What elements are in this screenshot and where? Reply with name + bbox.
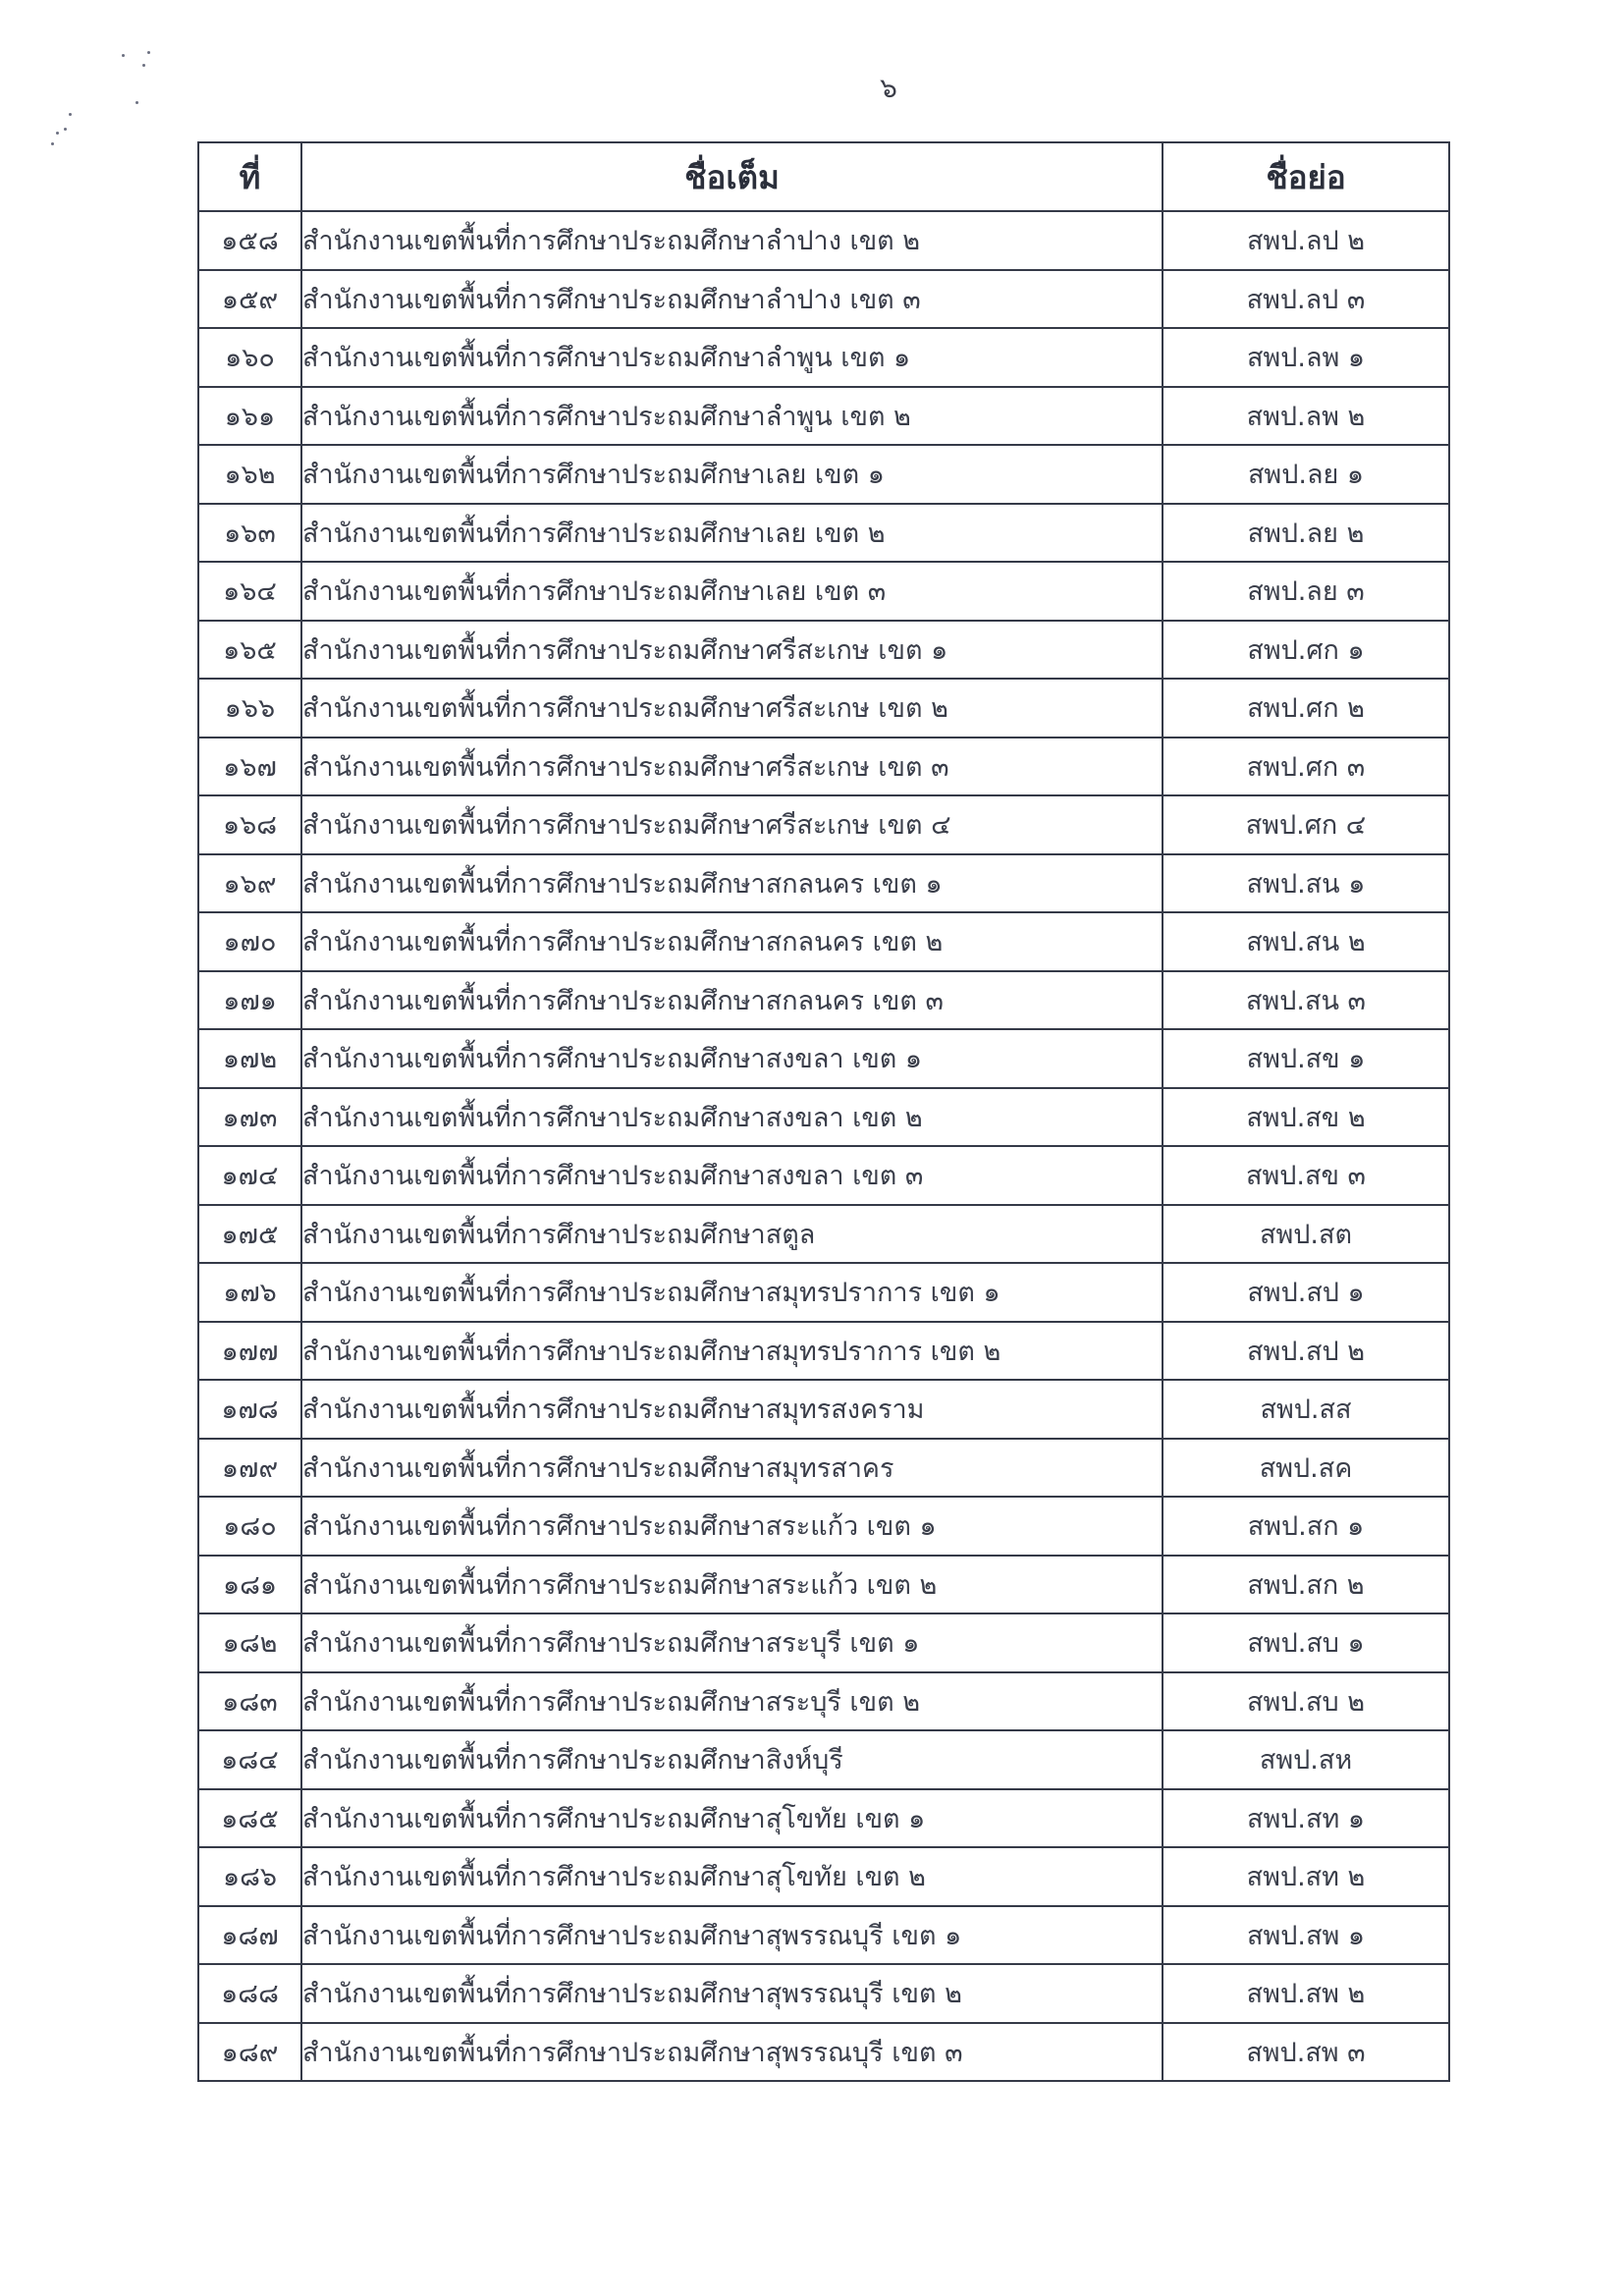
row-full-name: สำนักงานเขตพื้นที่การศึกษาประถมศึกษาสระบ… bbox=[301, 1672, 1163, 1731]
table-row: ๑๖๐สำนักงานเขตพื้นที่การศึกษาประถมศึกษาล… bbox=[198, 328, 1449, 387]
table-row: ๑๗๘สำนักงานเขตพื้นที่การศึกษาประถมศึกษาส… bbox=[198, 1380, 1449, 1439]
row-number: ๑๖๒ bbox=[198, 445, 301, 504]
row-number: ๑๖๔ bbox=[198, 562, 301, 621]
table-row: ๑๖๕สำนักงานเขตพื้นที่การศึกษาประถมศึกษาศ… bbox=[198, 621, 1449, 680]
table-row: ๑๖๙สำนักงานเขตพื้นที่การศึกษาประถมศึกษาส… bbox=[198, 854, 1449, 913]
row-full-name: สำนักงานเขตพื้นที่การศึกษาประถมศึกษาสมุท… bbox=[301, 1439, 1163, 1498]
row-number: ๑๘๘ bbox=[198, 1964, 301, 2023]
row-full-name: สำนักงานเขตพื้นที่การศึกษาประถมศึกษาสกลน… bbox=[301, 912, 1163, 971]
scan-speck bbox=[51, 142, 54, 145]
row-number: ๑๘๔ bbox=[198, 1730, 301, 1789]
row-abbreviation: สพป.ศก ๔ bbox=[1163, 795, 1449, 854]
row-abbreviation: สพป.สพ ๑ bbox=[1163, 1906, 1449, 1965]
row-abbreviation: สพป.สพ ๓ bbox=[1163, 2023, 1449, 2082]
table-row: ๑๗๗สำนักงานเขตพื้นที่การศึกษาประถมศึกษาส… bbox=[198, 1322, 1449, 1381]
table-row: ๑๗๕สำนักงานเขตพื้นที่การศึกษาประถมศึกษาส… bbox=[198, 1205, 1449, 1264]
table-row: ๑๗๐สำนักงานเขตพื้นที่การศึกษาประถมศึกษาส… bbox=[198, 912, 1449, 971]
row-full-name: สำนักงานเขตพื้นที่การศึกษาประถมศึกษาสระแ… bbox=[301, 1556, 1163, 1614]
table-row: ๑๖๖สำนักงานเขตพื้นที่การศึกษาประถมศึกษาศ… bbox=[198, 679, 1449, 738]
row-full-name: สำนักงานเขตพื้นที่การศึกษาประถมศึกษาลำพู… bbox=[301, 387, 1163, 446]
scan-speck bbox=[147, 51, 150, 54]
scan-speck bbox=[122, 54, 125, 57]
table-row: ๑๘๘สำนักงานเขตพื้นที่การศึกษาประถมศึกษาส… bbox=[198, 1964, 1449, 2023]
table-row: ๑๖๑สำนักงานเขตพื้นที่การศึกษาประถมศึกษาล… bbox=[198, 387, 1449, 446]
row-number: ๑๘๐ bbox=[198, 1497, 301, 1556]
table-row: ๑๖๓สำนักงานเขตพื้นที่การศึกษาประถมศึกษาเ… bbox=[198, 504, 1449, 563]
table-row: ๑๘๔สำนักงานเขตพื้นที่การศึกษาประถมศึกษาส… bbox=[198, 1730, 1449, 1789]
row-full-name: สำนักงานเขตพื้นที่การศึกษาประถมศึกษาสุโข… bbox=[301, 1847, 1163, 1906]
table-row: ๑๗๙สำนักงานเขตพื้นที่การศึกษาประถมศึกษาส… bbox=[198, 1439, 1449, 1498]
row-abbreviation: สพป.ศก ๓ bbox=[1163, 738, 1449, 796]
row-full-name: สำนักงานเขตพื้นที่การศึกษาประถมศึกษาศรีส… bbox=[301, 621, 1163, 680]
table-row: ๑๖๗สำนักงานเขตพื้นที่การศึกษาประถมศึกษาศ… bbox=[198, 738, 1449, 796]
row-number: ๑๖๘ bbox=[198, 795, 301, 854]
row-abbreviation: สพป.สน ๓ bbox=[1163, 971, 1449, 1030]
row-full-name: สำนักงานเขตพื้นที่การศึกษาประถมศึกษาเลย … bbox=[301, 562, 1163, 621]
row-abbreviation: สพป.ศก ๑ bbox=[1163, 621, 1449, 680]
row-number: ๑๖๕ bbox=[198, 621, 301, 680]
table-row: ๑๘๐สำนักงานเขตพื้นที่การศึกษาประถมศึกษาส… bbox=[198, 1497, 1449, 1556]
header-full-name: ชื่อเต็ม bbox=[301, 142, 1163, 211]
row-full-name: สำนักงานเขตพื้นที่การศึกษาประถมศึกษาสกลน… bbox=[301, 971, 1163, 1030]
table-row: ๑๘๓สำนักงานเขตพื้นที่การศึกษาประถมศึกษาส… bbox=[198, 1672, 1449, 1731]
table-row: ๑๗๓สำนักงานเขตพื้นที่การศึกษาประถมศึกษาส… bbox=[198, 1088, 1449, 1147]
table-row: ๑๖๔สำนักงานเขตพื้นที่การศึกษาประถมศึกษาเ… bbox=[198, 562, 1449, 621]
row-abbreviation: สพป.สน ๑ bbox=[1163, 854, 1449, 913]
row-number: ๑๗๑ bbox=[198, 971, 301, 1030]
row-number: ๑๖๗ bbox=[198, 738, 301, 796]
row-full-name: สำนักงานเขตพื้นที่การศึกษาประถมศึกษาศรีส… bbox=[301, 679, 1163, 738]
page-number: ๖ bbox=[864, 67, 913, 110]
row-full-name: สำนักงานเขตพื้นที่การศึกษาประถมศึกษาสุพร… bbox=[301, 1964, 1163, 2023]
row-abbreviation: สพป.สบ ๒ bbox=[1163, 1672, 1449, 1731]
table-row: ๑๘๗สำนักงานเขตพื้นที่การศึกษาประถมศึกษาส… bbox=[198, 1906, 1449, 1965]
table-row: ๑๘๕สำนักงานเขตพื้นที่การศึกษาประถมศึกษาส… bbox=[198, 1789, 1449, 1848]
row-full-name: สำนักงานเขตพื้นที่การศึกษาประถมศึกษาสระบ… bbox=[301, 1613, 1163, 1672]
scan-speck bbox=[135, 101, 138, 104]
row-number: ๑๗๖ bbox=[198, 1263, 301, 1322]
row-abbreviation: สพป.สค bbox=[1163, 1439, 1449, 1498]
row-number: ๑๗๕ bbox=[198, 1205, 301, 1264]
row-number: ๑๕๘ bbox=[198, 211, 301, 270]
table-row: ๑๖๒สำนักงานเขตพื้นที่การศึกษาประถมศึกษาเ… bbox=[198, 445, 1449, 504]
row-number: ๑๗๔ bbox=[198, 1146, 301, 1205]
row-abbreviation: สพป.สข ๓ bbox=[1163, 1146, 1449, 1205]
row-number: ๑๘๙ bbox=[198, 2023, 301, 2082]
row-number: ๑๖๐ bbox=[198, 328, 301, 387]
table-row: ๑๗๒สำนักงานเขตพื้นที่การศึกษาประถมศึกษาส… bbox=[198, 1029, 1449, 1088]
row-abbreviation: สพป.สป ๒ bbox=[1163, 1322, 1449, 1381]
row-abbreviation: สพป.สท ๑ bbox=[1163, 1789, 1449, 1848]
row-full-name: สำนักงานเขตพื้นที่การศึกษาประถมศึกษาสิงห… bbox=[301, 1730, 1163, 1789]
scan-speck bbox=[64, 128, 67, 131]
row-number: ๑๘๓ bbox=[198, 1672, 301, 1731]
row-abbreviation: สพป.ลพ ๒ bbox=[1163, 387, 1449, 446]
row-number: ๑๖๙ bbox=[198, 854, 301, 913]
row-abbreviation: สพป.สต bbox=[1163, 1205, 1449, 1264]
row-abbreviation: สพป.สป ๑ bbox=[1163, 1263, 1449, 1322]
row-number: ๑๗๗ bbox=[198, 1322, 301, 1381]
row-number: ๑๗๘ bbox=[198, 1380, 301, 1439]
row-full-name: สำนักงานเขตพื้นที่การศึกษาประถมศึกษาศรีส… bbox=[301, 738, 1163, 796]
table-row: ๑๗๔สำนักงานเขตพื้นที่การศึกษาประถมศึกษาส… bbox=[198, 1146, 1449, 1205]
row-full-name: สำนักงานเขตพื้นที่การศึกษาประถมศึกษาสมุท… bbox=[301, 1322, 1163, 1381]
row-full-name: สำนักงานเขตพื้นที่การศึกษาประถมศึกษาสระแ… bbox=[301, 1497, 1163, 1556]
row-abbreviation: สพป.ลย ๒ bbox=[1163, 504, 1449, 563]
row-full-name: สำนักงานเขตพื้นที่การศึกษาประถมศึกษาลำปา… bbox=[301, 270, 1163, 329]
row-number: ๑๘๗ bbox=[198, 1906, 301, 1965]
row-abbreviation: สพป.ลป ๓ bbox=[1163, 270, 1449, 329]
row-number: ๑๗๙ bbox=[198, 1439, 301, 1498]
row-number: ๑๗๐ bbox=[198, 912, 301, 971]
row-full-name: สำนักงานเขตพื้นที่การศึกษาประถมศึกษาเลย … bbox=[301, 504, 1163, 563]
table-row: ๑๘๙สำนักงานเขตพื้นที่การศึกษาประถมศึกษาส… bbox=[198, 2023, 1449, 2082]
row-number: ๑๕๙ bbox=[198, 270, 301, 329]
table-row: ๑๗๖สำนักงานเขตพื้นที่การศึกษาประถมศึกษาส… bbox=[198, 1263, 1449, 1322]
row-number: ๑๘๑ bbox=[198, 1556, 301, 1614]
row-full-name: สำนักงานเขตพื้นที่การศึกษาประถมศึกษาสุพร… bbox=[301, 1906, 1163, 1965]
scan-speck bbox=[142, 64, 145, 67]
agency-table: ที่ ชื่อเต็ม ชื่อย่อ ๑๕๘สำนักงานเขตพื้นท… bbox=[197, 141, 1450, 2082]
table-row: ๑๕๙สำนักงานเขตพื้นที่การศึกษาประถมศึกษาล… bbox=[198, 270, 1449, 329]
header-abbreviation: ชื่อย่อ bbox=[1163, 142, 1449, 211]
row-number: ๑๖๖ bbox=[198, 679, 301, 738]
row-full-name: สำนักงานเขตพื้นที่การศึกษาประถมศึกษาสงขล… bbox=[301, 1029, 1163, 1088]
row-full-name: สำนักงานเขตพื้นที่การศึกษาประถมศึกษาลำปา… bbox=[301, 211, 1163, 270]
row-full-name: สำนักงานเขตพื้นที่การศึกษาประถมศึกษาสมุท… bbox=[301, 1380, 1163, 1439]
row-full-name: สำนักงานเขตพื้นที่การศึกษาประถมศึกษาศรีส… bbox=[301, 795, 1163, 854]
row-abbreviation: สพป.สส bbox=[1163, 1380, 1449, 1439]
row-abbreviation: สพป.สข ๑ bbox=[1163, 1029, 1449, 1088]
row-full-name: สำนักงานเขตพื้นที่การศึกษาประถมศึกษาสุโข… bbox=[301, 1789, 1163, 1848]
row-number: ๑๗๒ bbox=[198, 1029, 301, 1088]
scan-speck bbox=[69, 113, 72, 116]
row-full-name: สำนักงานเขตพื้นที่การศึกษาประถมศึกษาเลย … bbox=[301, 445, 1163, 504]
row-abbreviation: สพป.ลพ ๑ bbox=[1163, 328, 1449, 387]
row-abbreviation: สพป.สท ๒ bbox=[1163, 1847, 1449, 1906]
row-full-name: สำนักงานเขตพื้นที่การศึกษาประถมศึกษาสงขล… bbox=[301, 1146, 1163, 1205]
table-row: ๑๘๒สำนักงานเขตพื้นที่การศึกษาประถมศึกษาส… bbox=[198, 1613, 1449, 1672]
row-number: ๑๗๓ bbox=[198, 1088, 301, 1147]
scan-speck bbox=[56, 132, 59, 135]
table-body: ๑๕๘สำนักงานเขตพื้นที่การศึกษาประถมศึกษาล… bbox=[198, 211, 1449, 2081]
row-full-name: สำนักงานเขตพื้นที่การศึกษาประถมศึกษาสุพร… bbox=[301, 2023, 1163, 2082]
row-number: ๑๘๕ bbox=[198, 1789, 301, 1848]
row-full-name: สำนักงานเขตพื้นที่การศึกษาประถมศึกษาสมุท… bbox=[301, 1263, 1163, 1322]
row-abbreviation: สพป.ลย ๑ bbox=[1163, 445, 1449, 504]
row-full-name: สำนักงานเขตพื้นที่การศึกษาประถมศึกษาสกลน… bbox=[301, 854, 1163, 913]
row-abbreviation: สพป.สก ๒ bbox=[1163, 1556, 1449, 1614]
row-full-name: สำนักงานเขตพื้นที่การศึกษาประถมศึกษาสตูล bbox=[301, 1205, 1163, 1264]
table-row: ๑๘๑สำนักงานเขตพื้นที่การศึกษาประถมศึกษาส… bbox=[198, 1556, 1449, 1614]
header-no: ที่ bbox=[198, 142, 301, 211]
row-full-name: สำนักงานเขตพื้นที่การศึกษาประถมศึกษาสงขล… bbox=[301, 1088, 1163, 1147]
row-abbreviation: สพป.สพ ๒ bbox=[1163, 1964, 1449, 2023]
row-abbreviation: สพป.สก ๑ bbox=[1163, 1497, 1449, 1556]
row-number: ๑๘๖ bbox=[198, 1847, 301, 1906]
row-abbreviation: สพป.สน ๒ bbox=[1163, 912, 1449, 971]
table-row: ๑๘๖สำนักงานเขตพื้นที่การศึกษาประถมศึกษาส… bbox=[198, 1847, 1449, 1906]
row-abbreviation: สพป.ลป ๒ bbox=[1163, 211, 1449, 270]
row-number: ๑๖๓ bbox=[198, 504, 301, 563]
row-number: ๑๘๒ bbox=[198, 1613, 301, 1672]
table-header-row: ที่ ชื่อเต็ม ชื่อย่อ bbox=[198, 142, 1449, 211]
row-abbreviation: สพป.ศก ๒ bbox=[1163, 679, 1449, 738]
table-row: ๑๖๘สำนักงานเขตพื้นที่การศึกษาประถมศึกษาศ… bbox=[198, 795, 1449, 854]
row-abbreviation: สพป.สบ ๑ bbox=[1163, 1613, 1449, 1672]
table-row: ๑๕๘สำนักงานเขตพื้นที่การศึกษาประถมศึกษาล… bbox=[198, 211, 1449, 270]
row-abbreviation: สพป.สห bbox=[1163, 1730, 1449, 1789]
row-full-name: สำนักงานเขตพื้นที่การศึกษาประถมศึกษาลำพู… bbox=[301, 328, 1163, 387]
table-row: ๑๗๑สำนักงานเขตพื้นที่การศึกษาประถมศึกษาส… bbox=[198, 971, 1449, 1030]
row-abbreviation: สพป.ลย ๓ bbox=[1163, 562, 1449, 621]
row-number: ๑๖๑ bbox=[198, 387, 301, 446]
row-abbreviation: สพป.สข ๒ bbox=[1163, 1088, 1449, 1147]
